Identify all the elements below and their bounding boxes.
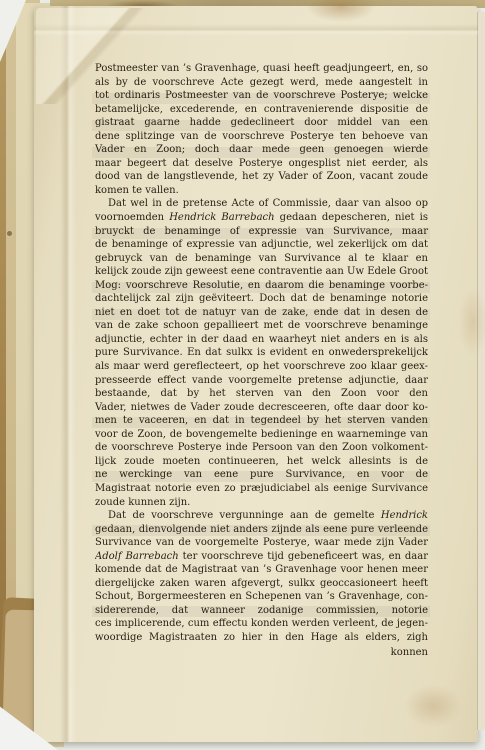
text-line: Dat wel in de pretense Acte of Commissie… <box>95 197 428 211</box>
text-line: pure Survivance. En dat sulkx is evident… <box>95 346 428 360</box>
text-line: gedaan, dienvolgende niet anders zijnde … <box>95 523 428 537</box>
text-line: Schout, Borgermeesteren en Schepenen van… <box>95 590 428 604</box>
text-line: bruyckt de benaminge of expressie van Su… <box>95 225 428 239</box>
text-line: zoude kunnen zijn. <box>95 496 428 510</box>
text-line: bestaande, dat by het sterven van den Zo… <box>95 387 428 401</box>
text-line: diergelijcke zaken waren afgevergt, sulk… <box>95 577 428 591</box>
text-line: de voorschreve Posterye inde Persoon van… <box>95 441 428 455</box>
text-line: Vader, nietwes de Vader zoude decresceer… <box>95 401 428 415</box>
text-block: Postmeester van ’s Gravenhage, quasi hee… <box>95 62 428 645</box>
text-line: Dat de voorschreve vergunninge aan de ge… <box>95 509 428 523</box>
text-line: betamelijcke, excederende, en contraveni… <box>95 103 428 117</box>
text-line: komende dat de Magistraat van ’s Gravenh… <box>95 563 428 577</box>
fold-crease-vertical <box>60 6 76 742</box>
text-line: sidererende, dat wanneer zodanige commis… <box>95 604 428 618</box>
text-line: komen te vallen. <box>95 184 428 198</box>
ink-speck <box>7 231 12 236</box>
paper-stain <box>306 0 376 22</box>
paper-stain <box>458 286 485 358</box>
text-line: gebruyck van de benaminge van Survivance… <box>95 252 428 266</box>
scanned-page: Postmeester van ’s Gravenhage, quasi hee… <box>0 0 485 750</box>
text-line: dachtelijck zal zijn geëviteert. Doch da… <box>95 292 428 306</box>
text-line: dene splitzinge van de voorschreve Poste… <box>95 130 428 144</box>
text-line: lijck zoude moeten continueeren, het wel… <box>95 455 428 469</box>
text-line: adjunctie, echter in der daad en waarhey… <box>95 333 428 347</box>
text-line: van de zake schoon gepallieert met de vo… <box>95 319 428 333</box>
text-line: de benaminge of expressie van adjunctie,… <box>95 238 428 252</box>
text-line: voornoemden Hendrick Barrebach gedaan de… <box>95 211 428 225</box>
text-line: Magistraat notorie even zo præjudiciabel… <box>95 482 428 496</box>
right-leaf-edge <box>477 12 485 730</box>
text-line: ne werckinge van eene pure Survivance, e… <box>95 468 428 482</box>
catchword: konnen <box>95 646 430 660</box>
text-line: Adolf Barrebach ter voorschreve tijd geb… <box>95 550 428 564</box>
text-line: woordige Magistraaten zo hier in den Hag… <box>95 631 428 645</box>
text-line: voor de Zoon, de bovengemelte bedieninge… <box>95 428 428 442</box>
text-line: Survivance van de voorgemelte Posterye, … <box>95 536 428 550</box>
text-line: tot ordinaris Postmeester van de voorsch… <box>95 89 428 103</box>
text-line: dood van de langstlevende, het zy Vader … <box>95 170 428 184</box>
text-line: presseerde effect vande voorgemelte pret… <box>95 374 428 388</box>
text-line: maar begeert dat deselve Posterye ongesp… <box>95 157 428 171</box>
text-line: niet en doet tot de natuyr van de zake, … <box>95 306 428 320</box>
paper-stain <box>404 684 462 728</box>
text-line: Vader en Zoon; doch daar mede geen genoe… <box>95 143 428 157</box>
text-line: ces implicerende, cum effectu konden wer… <box>95 617 428 631</box>
text-line: als by de voorschreve Acte gezegt werd, … <box>95 76 428 90</box>
text-line: als maar werd gereflecteert, op het voor… <box>95 360 428 374</box>
text-line: gistraat gaarne hadde gedeclineert door … <box>95 116 428 130</box>
text-line: Postmeester van ’s Gravenhage, quasi hee… <box>95 62 428 76</box>
text-line: kelijck zoude zijn geweest eene contrave… <box>95 265 428 279</box>
text-line: men te vaceeren, en dat in tegendeel by … <box>95 414 428 428</box>
text-line: Mog: voorschreve Resolutie, en daarom di… <box>95 279 428 293</box>
